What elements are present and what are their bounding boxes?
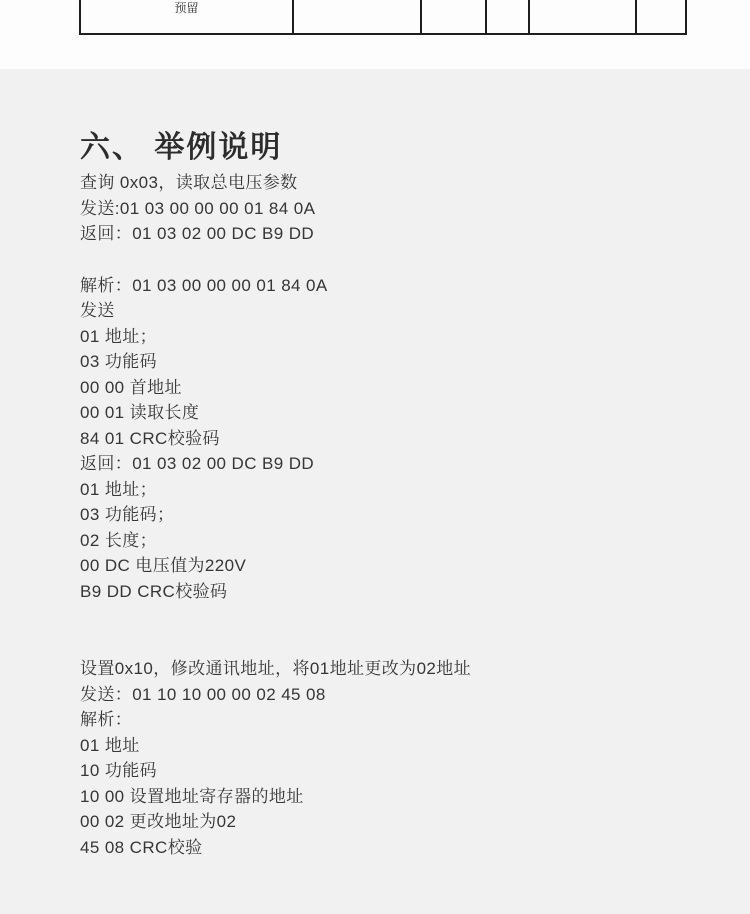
table-cell-empty <box>420 0 487 35</box>
document-top-band: 预留 <box>0 0 750 69</box>
text-line: 返回：01 03 02 00 DC B9 DD <box>80 221 710 247</box>
text-line: 10 功能码 <box>80 758 710 784</box>
text-line: 发送：01 10 10 00 00 02 45 08 <box>80 682 710 708</box>
text-line: 设置0x10，修改通讯地址，将01地址更改为02地址 <box>80 656 710 682</box>
manual-page: 预留 六、 举例说明 查询 0x03，读取总电压参数 发送:01 03 00 0… <box>0 0 750 860</box>
text-line: 00 DC 电压值为220V <box>80 553 710 579</box>
section-title: 六、 举例说明 <box>80 128 710 168</box>
text-line: 84 01 CRC校验码 <box>80 426 710 452</box>
table-cell-empty <box>485 0 530 35</box>
text-line: 03 功能码 <box>80 349 710 375</box>
text-line: 01 地址； <box>80 477 710 503</box>
text-line: 03 功能码； <box>80 502 710 528</box>
text-line: 返回：01 03 02 00 DC B9 DD <box>80 451 710 477</box>
example-query-summary-block: 查询 0x03，读取总电压参数 发送:01 03 00 00 00 01 84 … <box>80 170 710 247</box>
table-cell-reserved: 预留 <box>79 0 294 35</box>
text-line: 01 地址 <box>80 733 710 759</box>
text-line: 10 00 设置地址寄存器的地址 <box>80 784 710 810</box>
text-line: 45 08 CRC校验 <box>80 835 710 861</box>
text-line: B9 DD CRC校验码 <box>80 579 710 605</box>
text-line: 解析： <box>80 707 710 733</box>
text-line: 00 02 更改地址为02 <box>80 809 710 835</box>
table-cell-label: 预留 <box>174 0 198 16</box>
text-line: 00 01 读取长度 <box>80 400 710 426</box>
table-cell-empty <box>292 0 422 35</box>
example-query-analysis-block: 解析：01 03 00 00 00 01 84 0A 发送 01 地址； 03 … <box>80 273 710 605</box>
table-cell-empty <box>635 0 687 35</box>
text-line: 发送 <box>80 298 710 324</box>
text-line: 01 地址； <box>80 324 710 350</box>
table-cell-empty <box>528 0 637 35</box>
text-line: 解析：01 03 00 00 00 01 84 0A <box>80 273 710 299</box>
spec-table-fragment: 预留 <box>79 0 687 35</box>
text-line: 02 长度； <box>80 528 710 554</box>
document-body: 六、 举例说明 查询 0x03，读取总电压参数 发送:01 03 00 00 0… <box>0 128 750 860</box>
text-line: 查询 0x03，读取总电压参数 <box>80 170 710 196</box>
text-line: 发送:01 03 00 00 00 01 84 0A <box>80 196 710 222</box>
text-line: 00 00 首地址 <box>80 375 710 401</box>
example-set-address-block: 设置0x10，修改通讯地址，将01地址更改为02地址 发送：01 10 10 0… <box>80 656 710 860</box>
